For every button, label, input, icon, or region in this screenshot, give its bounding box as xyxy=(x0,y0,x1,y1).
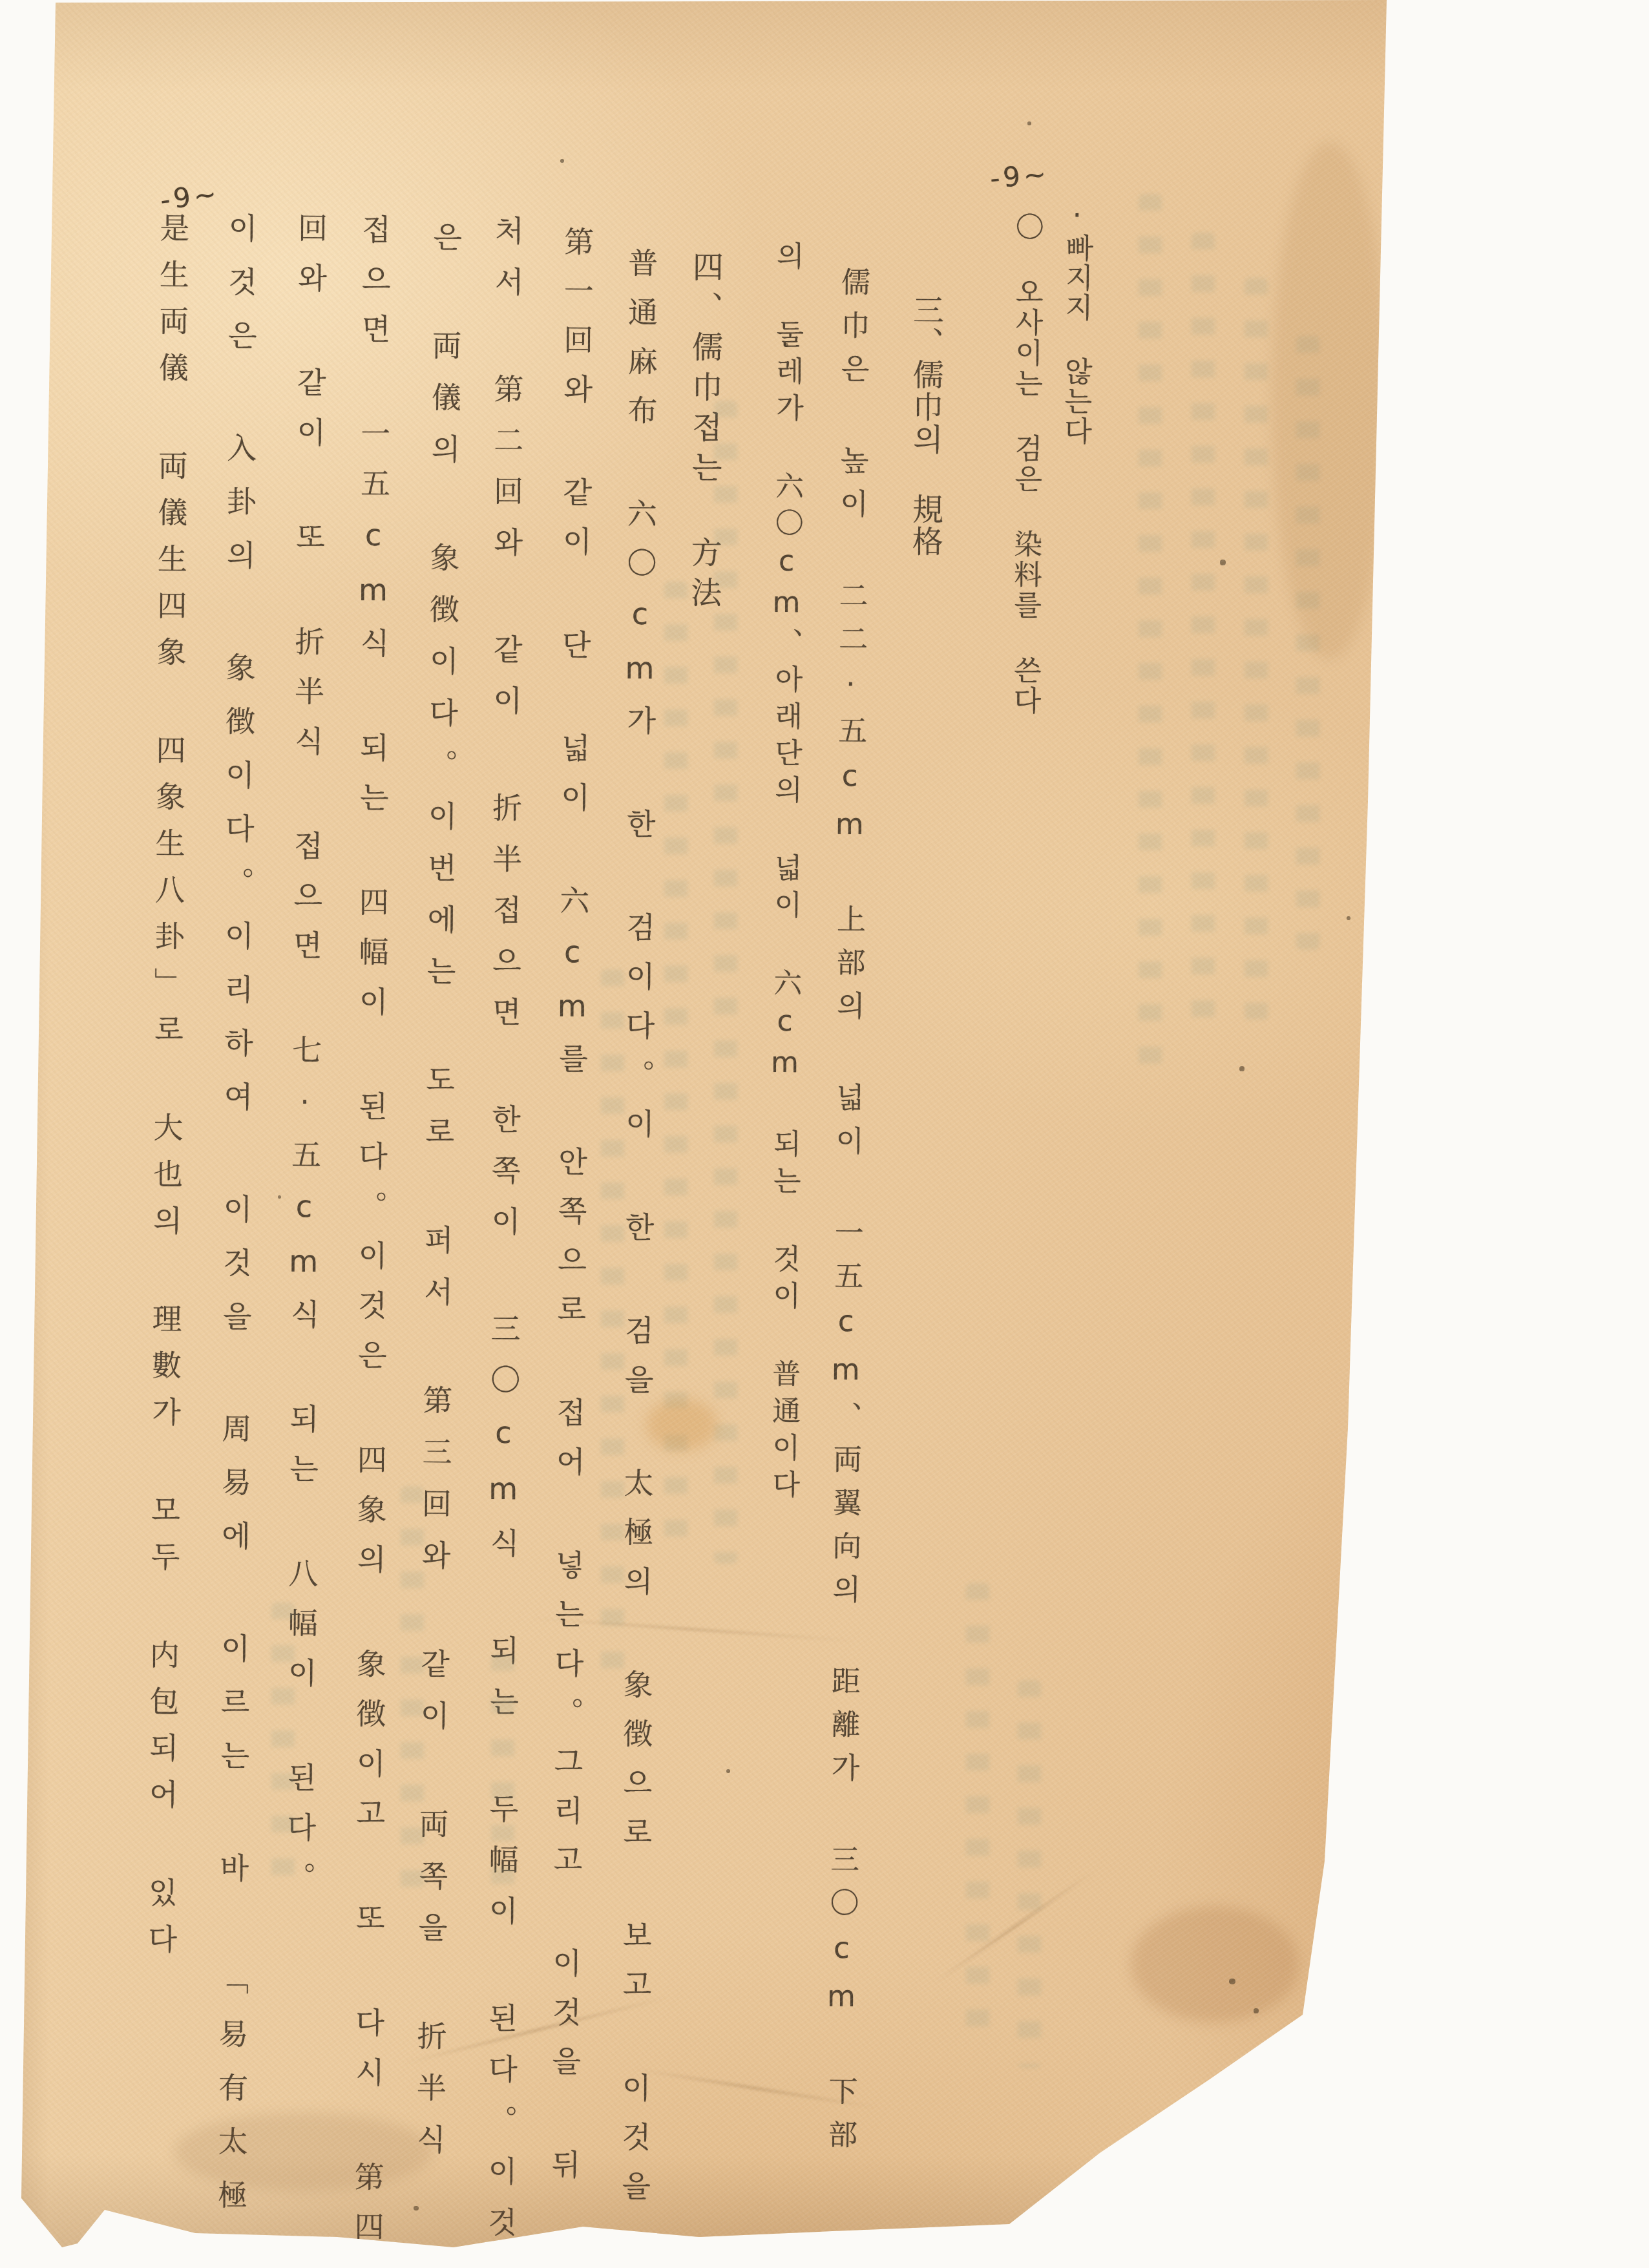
handwritten-column: 三、儒巾의 規格 xyxy=(903,294,949,558)
ink-speck xyxy=(1220,560,1226,565)
bleed-through-marks xyxy=(966,1583,989,2035)
ink-speck xyxy=(1347,916,1350,920)
bleed-through-marks xyxy=(1018,1680,1041,2068)
stain xyxy=(646,1399,717,1451)
handwritten-column: 이것은 入卦의 象徴이다。이리하여 이것을 周易에 이르는 바 「易有太極 xyxy=(209,213,262,2233)
stain xyxy=(1131,1906,1299,2022)
stain xyxy=(1272,142,1388,659)
scan-background: -9~ -9~ ·빠지지 않는다〇 오사이는 검은 染料를 쓴다三、儒巾의 規格… xyxy=(0,0,1649,2268)
bleed-through-marks xyxy=(601,969,624,1680)
handwritten-column: 의 둘레가 六〇cm、아래단의 넓이 六cm 되는 것이 普通이다 xyxy=(762,241,808,1506)
ink-speck xyxy=(1254,2008,1259,2013)
bleed-through-marks xyxy=(1245,278,1268,1021)
paper-crease xyxy=(934,1870,1095,1983)
paper-sheet: -9~ -9~ ·빠지지 않는다〇 오사이는 검은 染料를 쓴다三、儒巾의 規格… xyxy=(0,0,1649,2268)
bleed-through-marks xyxy=(1192,233,1215,1040)
stain xyxy=(174,2113,433,2190)
handwritten-column: 〇 오사이는 검은 染料를 쓴다 xyxy=(1003,212,1047,716)
handwritten-column: 접으면 一五cm식 되는 四幅이 된다。이것은 四象의 象徴이고 또 다시 第四 xyxy=(346,214,395,2261)
bleed-through-marks xyxy=(401,1486,424,1906)
ink-speck xyxy=(726,1769,730,1773)
ink-speck xyxy=(278,1195,281,1199)
ink-speck xyxy=(1027,121,1031,125)
bleed-through-marks xyxy=(1139,194,1162,1066)
page-number-left: -9~ xyxy=(158,178,221,216)
bleed-through-marks xyxy=(491,1654,514,1913)
page-number-right: -9~ xyxy=(989,158,1051,194)
ink-speck xyxy=(46,194,48,207)
ink-speck xyxy=(560,159,564,163)
ink-speck xyxy=(1229,1979,1235,1984)
ink-speck xyxy=(1239,1066,1245,1071)
handwritten-column: 第一回와 같이 단 넓이 六cm를 안쪽으로 접어 넣는다。그리고 이것을 뒤 xyxy=(542,226,598,2198)
ink-speck xyxy=(414,2206,419,2210)
handwritten-column: 是生両儀 両儀生四象 四象生八卦」로 大也의 理數가 모두 内包되어 있다 xyxy=(139,213,194,1970)
ink-speck xyxy=(40,159,45,189)
bleed-through-marks xyxy=(271,1602,295,1900)
bleed-through-marks xyxy=(714,401,737,1564)
handwritten-column: 儒巾은 높이 二二·五cm 上部의 넓이 一五cm、両翼向의 距離가 三〇cm … xyxy=(819,267,874,2163)
handwritten-column: ·빠지지 않는다 xyxy=(1054,199,1097,446)
ink-speck xyxy=(784,343,788,347)
handwritten-column: 처서 第二回와 같이 折半접으면 한쪽이 三〇cm식 되는 두幅이 된다。이것 xyxy=(479,215,529,2258)
